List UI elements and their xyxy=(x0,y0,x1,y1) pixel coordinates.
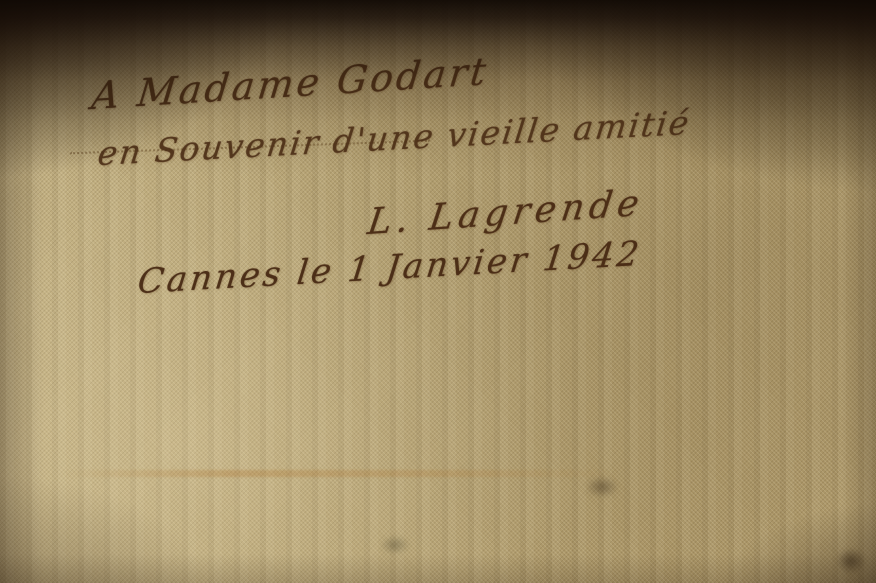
photo-vignette-shadow xyxy=(0,0,876,583)
canvas-back-photo: A Madame Godart en Souvenir d'une vieill… xyxy=(0,0,876,583)
